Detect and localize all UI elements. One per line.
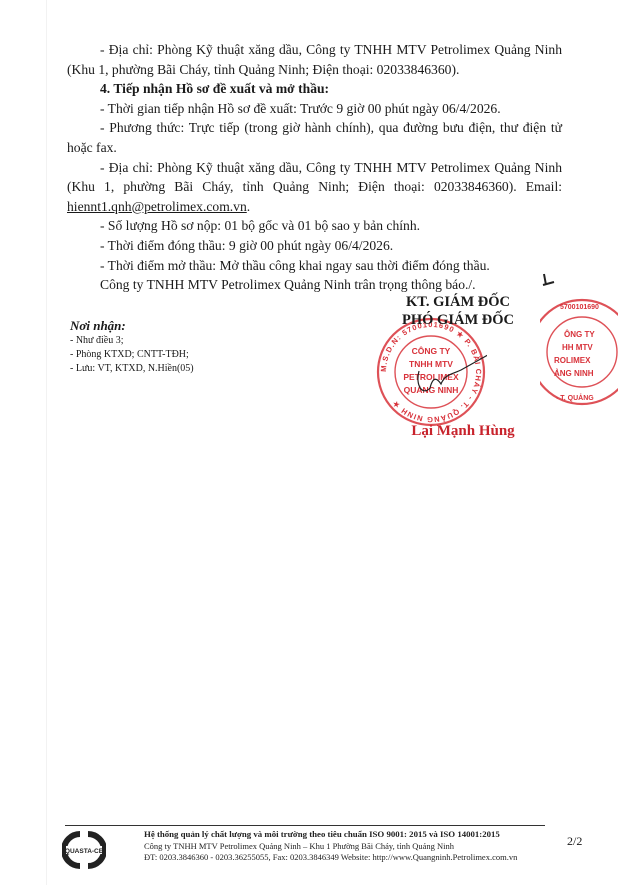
page-number: 2/2 (567, 834, 582, 849)
recipients-block: Nơi nhận: - Như điều 3; - Phòng KTXD; CN… (70, 318, 194, 376)
signature-line-1: KT. GIÁM ĐỐC (378, 293, 538, 311)
svg-text:PETROLIMEX: PETROLIMEX (403, 372, 459, 382)
recipients-title: Nơi nhận: (70, 318, 194, 334)
svg-text:CÔNG TY: CÔNG TY (412, 345, 451, 356)
document-body: - Địa chỉ: Phòng Kỹ thuật xăng dầu, Công… (67, 40, 562, 295)
svg-text:- T. QUẢNG: - T. QUẢNG (556, 393, 594, 402)
section-heading: 4. Tiếp nhận Hồ sơ đề xuất và mở thầu: (67, 79, 562, 99)
document-count: - Số lượng Hồ sơ nộp: 01 bộ gốc và 01 bộ… (67, 216, 562, 236)
svg-text:TNHH MTV: TNHH MTV (409, 359, 453, 369)
submission-method: - Phương thức: Trực tiếp (trong giờ hành… (67, 118, 562, 157)
address-text: - Địa chỉ: Phòng Kỹ thuật xăng dầu, Công… (67, 160, 562, 195)
closing-time: - Thời điểm đóng thầu: 9 giờ 00 phút ngà… (67, 236, 562, 256)
receipt-time: - Thời gian tiếp nhận Hồ sơ đề xuất: Trư… (67, 99, 562, 119)
closing-remark: Công ty TNHH MTV Petrolimex Quảng Ninh t… (67, 275, 562, 295)
svg-text:ẢNG NINH: ẢNG NINH (554, 369, 594, 378)
footer-info: Hệ thống quản lý chất lượng và môi trườn… (144, 829, 517, 864)
svg-text:5700101690: 5700101690 (560, 304, 599, 311)
signature-title: KT. GIÁM ĐỐC PHÓ GIÁM ĐỐC (378, 293, 538, 329)
svg-text:ÔNG TY: ÔNG TY (564, 330, 595, 339)
address-paragraph-1: - Địa chỉ: Phòng Kỹ thuật xăng dầu, Công… (67, 40, 562, 79)
edge-seal-icon: ÔNG TY HH MTV ROLIMEX ẢNG NINH 570010169… (540, 292, 618, 412)
page-edge (46, 0, 47, 885)
address-paragraph-2: - Địa chỉ: Phòng Kỹ thuật xăng dầu, Công… (67, 158, 562, 217)
company-seal-icon: CÔNG TY TNHH MTV PETROLIMEX QUẢNG NINH M… (375, 316, 487, 428)
recipient-item: - Như điều 3; (70, 334, 194, 348)
email-link[interactable]: hiennt1.qnh@petrolimex.com.vn (67, 199, 247, 214)
footer-divider (65, 825, 545, 826)
recipient-item: - Phòng KTXD; CNTT-TĐH; (70, 348, 194, 362)
quasta-logo-icon: QUASTA-CE (62, 830, 106, 870)
footer-contact-line: ĐT: 0203.3846360 - 0203.36255055, Fax: 0… (144, 852, 517, 864)
initial-mark-icon (540, 270, 560, 288)
opening-time: - Thời điểm mở thầu: Mở thầu công khai n… (67, 256, 562, 276)
svg-text:QUASTA-CE: QUASTA-CE (65, 848, 104, 855)
recipient-item: - Lưu: VT, KTXD, N.Hiền(05) (70, 362, 194, 376)
footer-iso-line: Hệ thống quản lý chất lượng và môi trườn… (144, 829, 517, 841)
footer-address-line: Công ty TNHH MTV Petrolimex Quảng Ninh –… (144, 841, 517, 853)
signature-line-2: PHÓ GIÁM ĐỐC (378, 311, 538, 329)
svg-text:HH MTV: HH MTV (562, 343, 593, 352)
address-end: . (247, 199, 250, 214)
svg-text:ROLIMEX: ROLIMEX (554, 356, 591, 365)
